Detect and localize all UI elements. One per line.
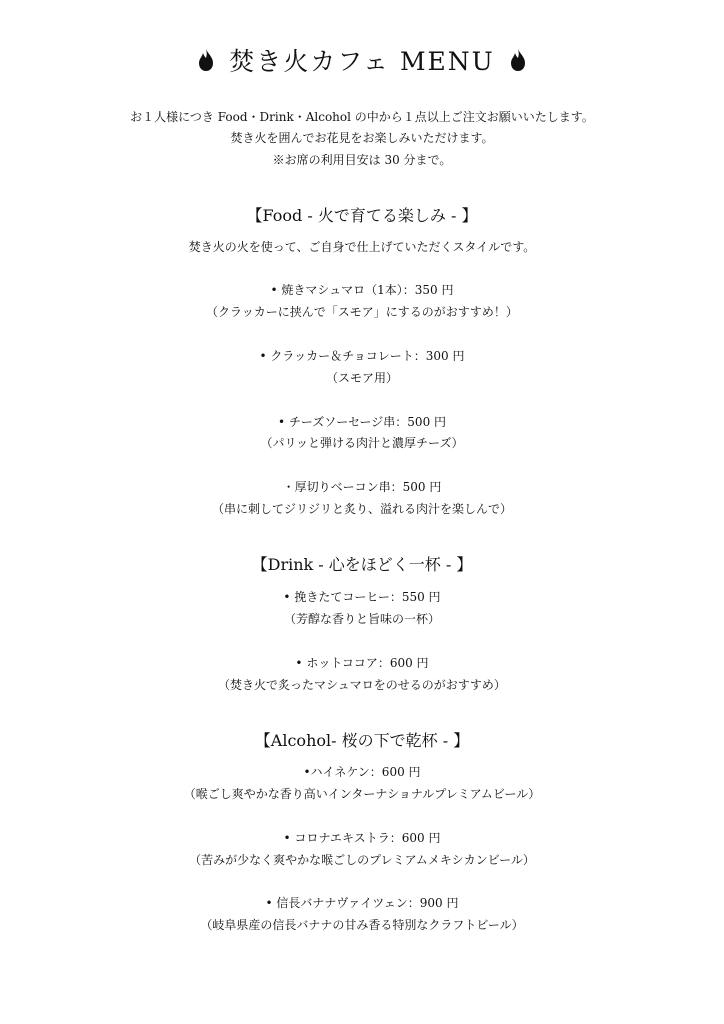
menu-item-note: （パリッと弾ける肉汁と濃厚チーズ） bbox=[0, 434, 724, 451]
menu-item-note: （芳醇な香りと旨味の一杯） bbox=[0, 610, 724, 627]
menu-item-note: （岐阜県産の信長バナナの甘み香る特別なクラフトビール） bbox=[0, 916, 724, 933]
menu-item-name: • クラッカー＆チョコレート：300 円 bbox=[0, 347, 724, 364]
menu-item-name: • ホットココア：600 円 bbox=[0, 654, 724, 671]
menu-title-row: 焚き火カフェ MENU bbox=[0, 42, 724, 78]
menu-item-note: （クラッカーに挟んで「スモア」にするのがおすすめ！） bbox=[0, 303, 724, 320]
menu-item-note: （スモア用） bbox=[0, 369, 724, 386]
intro-line-3: ※お席の利用目安は 30 分まで。 bbox=[0, 151, 724, 168]
section-heading-food: 【Food - 火で育てる楽しみ - 】 bbox=[0, 203, 724, 226]
section-heading-drink: 【Drink - 心をほどく一杯 - 】 bbox=[0, 552, 724, 575]
section-heading-alcohol: 【Alcohol- 桜の下で乾杯 - 】 bbox=[0, 728, 724, 751]
menu-item-name: • 焼きマシュマロ（1本）：350 円 bbox=[0, 281, 724, 298]
menu-item-name: • コロナエキストラ：600 円 bbox=[0, 829, 724, 846]
menu-item-note: （喉ごし爽やかな香り高いインターナショナルプレミアムビール） bbox=[0, 785, 724, 802]
intro-line-2: 焚き火を囲んでお花見をお楽しみいただけます。 bbox=[0, 129, 724, 146]
menu-title: 焚き火カフェ MENU bbox=[229, 42, 495, 78]
flame-icon bbox=[197, 48, 215, 72]
menu-item-name: ・厚切りベーコン串：500 円 bbox=[0, 478, 724, 495]
menu-item-name: • チーズソーセージ串：500 円 bbox=[0, 413, 724, 430]
menu-item-note: （苦みが少なく爽やかな喉ごしのプレミアムメキシカンビール） bbox=[0, 851, 724, 868]
menu-item-note: （焚き火で炙ったマシュマロをのせるのがおすすめ） bbox=[0, 676, 724, 693]
menu-item-name: • 挽きたてコーヒー：550 円 bbox=[0, 588, 724, 605]
flame-icon bbox=[509, 48, 527, 72]
intro-line-1: お１人様につき Food・Drink・Alcohol の中から１点以上ご注文お願… bbox=[0, 108, 724, 125]
section-description-food: 焚き火の火を使って、ご自身で仕上げていただくスタイルです。 bbox=[0, 238, 724, 255]
menu-item-name: •ハイネケン：600 円 bbox=[0, 763, 724, 780]
menu-item-name: • 信長バナナヴァイツェン：900 円 bbox=[0, 894, 724, 911]
menu-item-note: （串に刺してジリジリと炙り、溢れる肉汁を楽しんで） bbox=[0, 500, 724, 517]
